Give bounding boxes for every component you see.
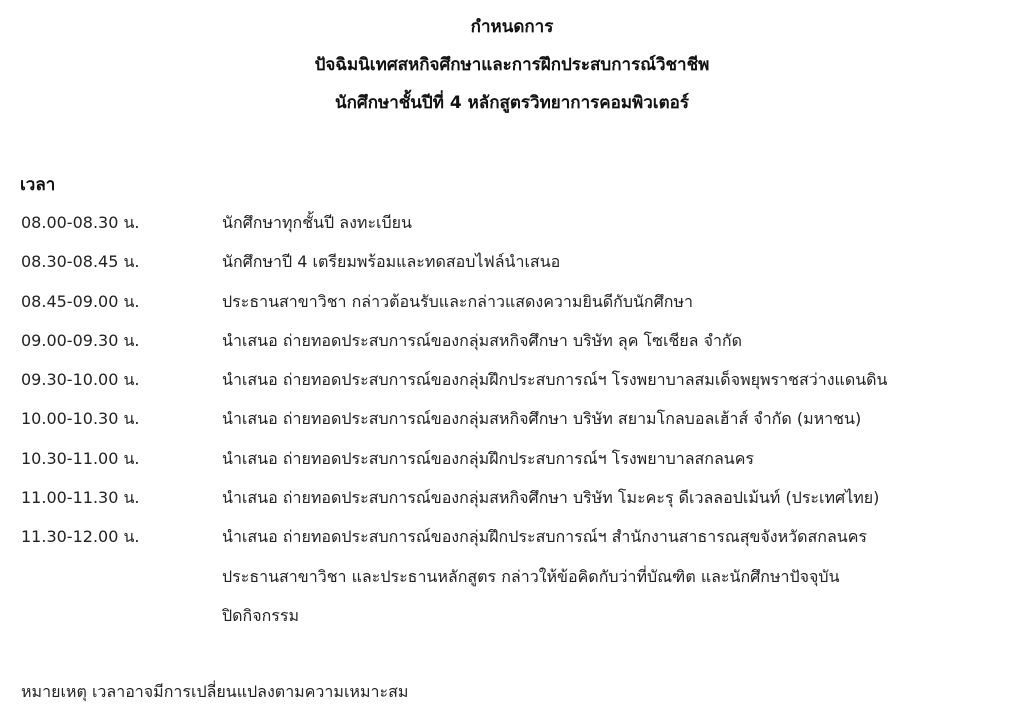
schedule-row: 10.30-11.00 น. นำเสนอ ถ่ายทอดประสบการณ์ข… bbox=[0, 441, 1024, 480]
schedule-row: ปิดกิจกรรม bbox=[0, 598, 1024, 637]
schedule-row: ประธานสาขาวิชา และประธานหลักสูตร กล่าวให… bbox=[0, 559, 1024, 598]
schedule-description: ปิดกิจกรรม bbox=[222, 598, 299, 634]
title-line-2: ปัจฉิมนิเทศสหกิจศึกษาและการฝึกประสบการณ์… bbox=[0, 46, 1024, 84]
schedule-row: 08.30-08.45 น. นักศึกษาปี 4 เตรียมพร้อมแ… bbox=[0, 244, 1024, 283]
time-column-heading: เวลา bbox=[20, 170, 55, 200]
schedule-row: 08.45-09.00 น. ประธานสาขาวิชา กล่าวต้อนร… bbox=[0, 284, 1024, 323]
schedule-list: 08.00-08.30 น. นักศึกษาทุกชั้นปี ลงทะเบี… bbox=[0, 205, 1024, 637]
schedule-description: นำเสนอ ถ่ายทอดประสบการณ์ของกลุ่มสหกิจศึก… bbox=[222, 480, 879, 516]
schedule-description: ประธานสาขาวิชา และประธานหลักสูตร กล่าวให… bbox=[222, 559, 840, 595]
schedule-description: นำเสนอ ถ่ายทอดประสบการณ์ของกลุ่มฝึกประสบ… bbox=[222, 441, 754, 477]
schedule-row: 11.30-12.00 น. นำเสนอ ถ่ายทอดประสบการณ์ข… bbox=[0, 519, 1024, 558]
schedule-time: 11.00-11.30 น. bbox=[21, 480, 140, 516]
schedule-row: 11.00-11.30 น. นำเสนอ ถ่ายทอดประสบการณ์ข… bbox=[0, 480, 1024, 519]
footnote: หมายเหตุ เวลาอาจมีการเปลี่ยนแปลงตามความเ… bbox=[21, 674, 408, 710]
schedule-time: 08.45-09.00 น. bbox=[21, 284, 140, 320]
title-line-3: นักศึกษาชั้นปีที่ 4 หลักสูตรวิทยาการคอมพ… bbox=[0, 84, 1024, 122]
schedule-time: 09.30-10.00 น. bbox=[21, 362, 140, 398]
schedule-row: 08.00-08.30 น. นักศึกษาทุกชั้นปี ลงทะเบี… bbox=[0, 205, 1024, 244]
title-line-1: กำหนดการ bbox=[0, 8, 1024, 46]
schedule-row: 09.30-10.00 น. นำเสนอ ถ่ายทอดประสบการณ์ข… bbox=[0, 362, 1024, 401]
schedule-time: 10.30-11.00 น. bbox=[21, 441, 140, 477]
schedule-row: 10.00-10.30 น. นำเสนอ ถ่ายทอดประสบการณ์ข… bbox=[0, 401, 1024, 440]
schedule-description: นำเสนอ ถ่ายทอดประสบการณ์ของกลุ่มฝึกประสบ… bbox=[222, 519, 867, 555]
schedule-description: ประธานสาขาวิชา กล่าวต้อนรับและกล่าวแสดงค… bbox=[222, 284, 693, 320]
schedule-description: นักศึกษาทุกชั้นปี ลงทะเบียน bbox=[222, 205, 412, 241]
schedule-description: นำเสนอ ถ่ายทอดประสบการณ์ของกลุ่มฝึกประสบ… bbox=[222, 362, 887, 398]
schedule-description: นักศึกษาปี 4 เตรียมพร้อมและทดสอบไฟล์นำเส… bbox=[222, 244, 560, 280]
schedule-description: นำเสนอ ถ่ายทอดประสบการณ์ของกลุ่มสหกิจศึก… bbox=[222, 323, 742, 359]
schedule-time: 11.30-12.00 น. bbox=[21, 519, 140, 555]
schedule-time: 09.00-09.30 น. bbox=[21, 323, 140, 359]
schedule-time: 10.00-10.30 น. bbox=[21, 401, 140, 437]
schedule-description: นำเสนอ ถ่ายทอดประสบการณ์ของกลุ่มสหกิจศึก… bbox=[222, 401, 861, 437]
schedule-time: 08.30-08.45 น. bbox=[21, 244, 140, 280]
schedule-time: 08.00-08.30 น. bbox=[21, 205, 140, 241]
document-title: กำหนดการ ปัจฉิมนิเทศสหกิจศึกษาและการฝึกป… bbox=[0, 8, 1024, 122]
schedule-row: 09.00-09.30 น. นำเสนอ ถ่ายทอดประสบการณ์ข… bbox=[0, 323, 1024, 362]
